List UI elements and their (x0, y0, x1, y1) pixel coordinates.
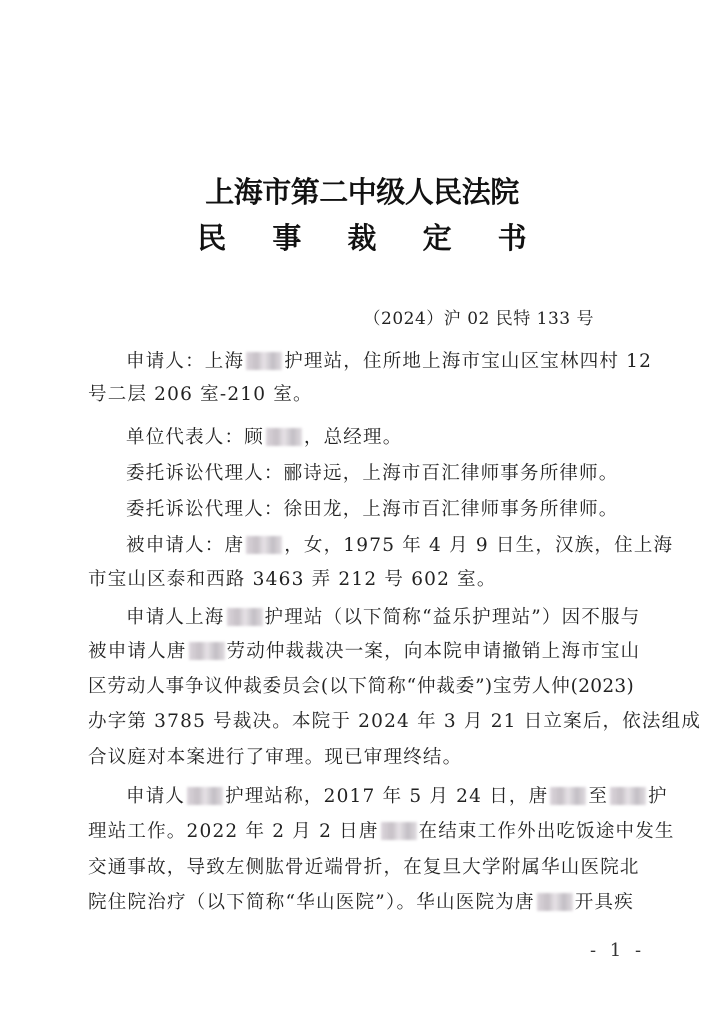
paragraph-2-line-4: 院住院治疗（以下简称“华山医院”）。华山医院为唐开具疾 (88, 891, 634, 915)
paragraph-1-line-5: 合议庭对本案进行了审理。现已审理终结。 (88, 746, 634, 770)
representative-line: 单位代表人：顾，总经理。 (126, 426, 634, 450)
redacted-name (610, 787, 646, 805)
paragraph-2-line-2: 理站工作。2022 年 2 月 2 日唐在结束工作外出吃饭途中发生 (88, 820, 634, 844)
page-number: - 1 - (590, 940, 645, 961)
redacted-name (246, 536, 282, 554)
redacted-name (227, 608, 263, 626)
paragraph-2-line-3: 交通事故，导致左侧肱骨近端骨折，在复旦大学附属华山医院北 (88, 856, 634, 880)
paragraph-1-line-2: 被申请人唐劳动仲裁裁决一案，向本院申请撤销上海市宝山 (88, 640, 634, 664)
paragraph-1-line-4: 办字第 3785 号裁决。本院于 2024 年 3 月 21 日立案后，依法组成 (88, 710, 634, 734)
respondent-line: 被申请人：唐，女，1975 年 4 月 9 日生，汉族，住上海 (126, 534, 634, 558)
case-number: （2024）沪 02 民特 133 号 (364, 304, 594, 329)
redacted-name (550, 787, 586, 805)
agent-line-2: 委托诉讼代理人：徐田龙，上海市百汇律师事务所律师。 (126, 498, 634, 522)
redacted-name (189, 642, 225, 660)
court-name: 上海市第二中级人民法院 (0, 170, 724, 211)
paragraph-1-line-1: 申请人上海护理站（以下简称“益乐护理站”）因不服与 (126, 606, 634, 630)
redacted-name (187, 787, 223, 805)
agent-line-1: 委托诉讼代理人：郦诗远，上海市百汇律师事务所律师。 (126, 462, 634, 486)
redacted-name (266, 428, 302, 446)
respondent-address-line: 市宝山区泰和西路 3463 弄 212 号 602 室。 (88, 568, 634, 592)
redacted-name (246, 352, 282, 370)
document-type-title: 民 事 裁 定 书 (0, 216, 724, 257)
redacted-name (537, 893, 573, 911)
paragraph-2-line-1: 申请人护理站称，2017 年 5 月 24 日，唐至护 (126, 785, 634, 809)
paragraph-1-line-3: 区劳动人事争议仲裁委员会(以下简称“仲裁委”)宝劳人仲(2023) (88, 675, 634, 699)
applicant-address-line: 号二层 206 室-210 室。 (88, 383, 634, 407)
document-page: 上海市第二中级人民法院 民 事 裁 定 书 （2024）沪 02 民特 133 … (0, 0, 724, 1024)
applicant-line: 申请人：上海护理站，住所地上海市宝山区宝林四村 12 (126, 350, 634, 374)
redacted-name (381, 822, 417, 840)
